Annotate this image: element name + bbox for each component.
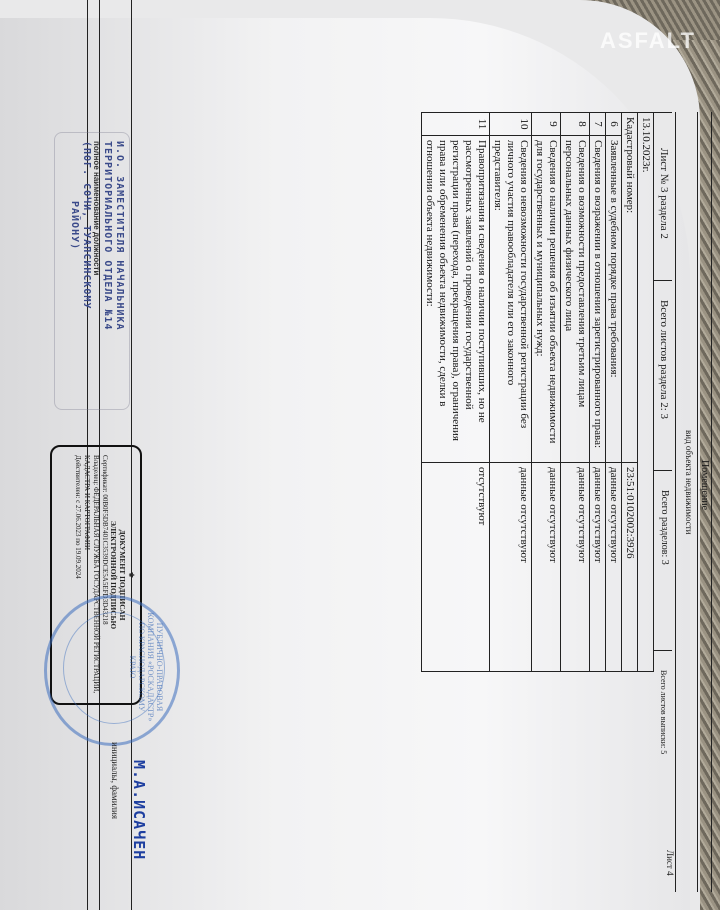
- header-border: [711, 112, 712, 892]
- cadastral-row: Кадастровый номер: 23:51:0102002:3926: [622, 113, 638, 672]
- total-sections: Всего разделов: 3: [659, 490, 670, 565]
- total-sheets-section: Всего листов раздела 2: 3: [658, 300, 670, 419]
- signer-caption: инициалы, фамилия: [110, 742, 120, 819]
- date-row: 13.10.2023г.: [638, 113, 654, 672]
- row-value: данные отсутствуют: [590, 463, 606, 672]
- signer-name: М.А.ИСАЧЕН: [130, 760, 148, 860]
- total-sheets-extract: Всего листов выписки: 5: [659, 670, 668, 754]
- cell-divider: [654, 112, 672, 113]
- cadastral-label: Кадастровый номер:: [622, 113, 638, 463]
- header-border: [675, 112, 676, 892]
- position-caption: полное наименование должности: [92, 141, 101, 401]
- seal-text: ПУБЛИЧНО-ПРАВОВАЯ КОМПАНИЯ «РОСКАДАСТР» …: [128, 612, 164, 722]
- row-label: Сведения о возражении в отношении зареги…: [590, 136, 606, 463]
- object-type-caption: вид объекта недвижимости: [684, 430, 694, 534]
- row-value: данные отсутствуют: [490, 463, 532, 672]
- row-value: данные отсутствуют: [606, 463, 622, 672]
- date: 13.10.2023г.: [638, 113, 654, 672]
- row-number: 8: [561, 113, 590, 136]
- position-stamp: И.О. ЗАМЕСТИТЕЛЯ НАЧАЛЬНИКА ТЕРРИТОРИАЛЬ…: [54, 132, 130, 410]
- extract-table: 13.10.2023г. Кадастровый номер: 23:51:01…: [421, 112, 654, 672]
- page-label: Лист 4: [665, 850, 675, 876]
- cadastral-number: 23:51:0102002:3926: [622, 463, 638, 672]
- row-number: 7: [590, 113, 606, 136]
- cell-divider: [654, 280, 672, 281]
- row-label: Заявленные в судебном порядке права треб…: [606, 136, 622, 463]
- table-row: 9 Сведения о наличии решения об изъятии …: [532, 113, 561, 672]
- row-label: Сведения о невозможности государственной…: [490, 136, 532, 463]
- cell-divider: [654, 650, 672, 651]
- stamp-line: (ПОГ. СОЧИ, ТУАПСИНСКОМУ: [80, 141, 92, 401]
- row-number: 6: [606, 113, 622, 136]
- row-number: 10: [490, 113, 532, 136]
- stamp-line: РАЙОНУ): [68, 141, 80, 401]
- table-row: 8 Сведения о возможности предоставления …: [561, 113, 590, 672]
- stamp-line: И.О. ЗАМЕСТИТЕЛЯ НАЧАЛЬНИКА: [113, 141, 125, 401]
- sheet-label: Лист № 3 раздела 2: [658, 148, 670, 239]
- table-row: 7 Сведения о возражении в отношении заре…: [590, 113, 606, 672]
- table-row: 11 Правопритязания и сведения о наличии …: [422, 113, 490, 672]
- cell-divider: [654, 470, 672, 471]
- document-page: Помещение вид объекта недвижимости Лист …: [0, 0, 720, 910]
- row-value: отсутствуют: [422, 463, 490, 672]
- table-row: 10 Сведения о невозможности государствен…: [490, 113, 532, 672]
- header-border: [697, 112, 698, 892]
- object-type: Помещение: [699, 460, 710, 510]
- row-label: Сведения о возможности предоставления тр…: [561, 136, 590, 463]
- row-label: Сведения о наличии решения об изъятии об…: [532, 136, 561, 463]
- stamp-line: ТЕРРИТОРИАЛЬНОГО ОТДЕЛА №14: [101, 141, 113, 401]
- row-number: 11: [422, 113, 490, 136]
- row-value: данные отсутствуют: [532, 463, 561, 672]
- row-number: 9: [532, 113, 561, 136]
- row-value: данные отсутствуют: [561, 463, 590, 672]
- table-row: 6 Заявленные в судебном порядке права тр…: [606, 113, 622, 672]
- row-label: Правопритязания и сведения о наличии пос…: [422, 136, 490, 463]
